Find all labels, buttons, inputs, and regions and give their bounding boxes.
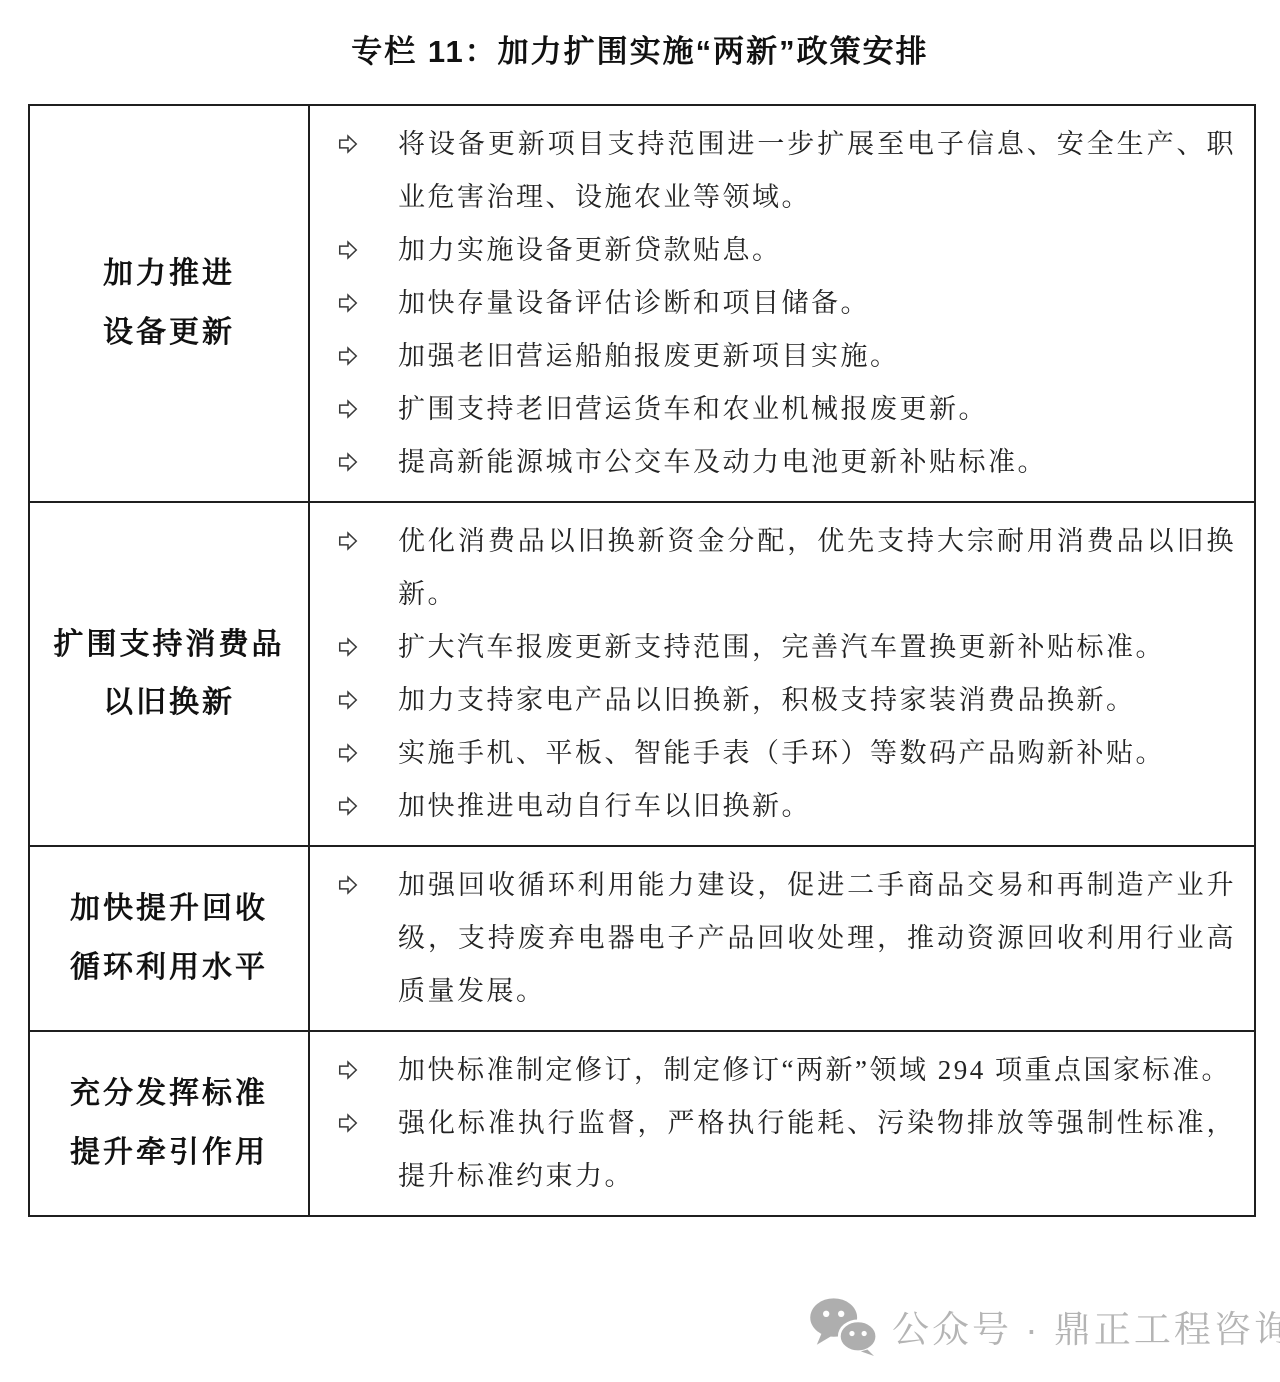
list-item-text: 强化标准执行监督，严格执行能耗、污染物排放等强制性标准，提升标准约束力。	[398, 1097, 1236, 1203]
arrow-bullet-icon	[336, 1044, 398, 1086]
arrow-bullet-icon	[336, 224, 398, 266]
list-item-text: 扩围支持老旧营运货车和农业机械报废更新。	[398, 383, 1236, 436]
arrow-bullet-icon	[336, 674, 398, 716]
document-page: 专栏 11：加力扩围实施“两新”政策安排 加力推进设备更新 将设备更新项目支持范…	[0, 26, 1280, 71]
row-header-line: 设备更新	[34, 304, 304, 363]
list-item: 提高新能源城市公交车及动力电池更新补贴标准。	[336, 436, 1236, 489]
row-content: 加快标准制定修订，制定修订“两新”领域 294 项重点国家标准。 强化标准执行监…	[309, 1031, 1255, 1216]
list-item: 扩大汽车报废更新支持范围，完善汽车置换更新补贴标准。	[336, 621, 1236, 674]
arrow-bullet-icon	[336, 330, 398, 372]
row-content: 加强回收循环利用能力建设，促进二手商品交易和再制造产业升级，支持废弃电器电子产品…	[309, 846, 1255, 1031]
arrow-bullet-icon	[336, 118, 398, 160]
policy-table: 加力推进设备更新 将设备更新项目支持范围进一步扩展至电子信息、安全生产、职业危害…	[28, 104, 1256, 1217]
watermark-text: 公众号 · 鼎正工程咨询	[892, 1299, 1280, 1353]
arrow-bullet-icon	[336, 780, 398, 822]
row-header-line: 加力推进	[34, 245, 304, 304]
arrow-bullet-icon	[336, 621, 398, 663]
arrow-bullet-icon	[336, 859, 398, 901]
list-item-text: 将设备更新项目支持范围进一步扩展至电子信息、安全生产、职业危害治理、设施农业等领…	[398, 118, 1236, 224]
list-item: 加力实施设备更新贷款贴息。	[336, 224, 1236, 277]
list-item-text: 加快标准制定修订，制定修订“两新”领域 294 项重点国家标准。	[398, 1044, 1236, 1097]
list-item: 加快推进电动自行车以旧换新。	[336, 780, 1236, 833]
row-header-line: 循环利用水平	[34, 939, 304, 998]
list-item-text: 实施手机、平板、智能手表（手环）等数码产品购新补贴。	[398, 727, 1236, 780]
arrow-bullet-icon	[336, 383, 398, 425]
list-item-text: 加快推进电动自行车以旧换新。	[398, 780, 1236, 833]
list-item-text: 加强老旧营运船舶报废更新项目实施。	[398, 330, 1236, 383]
list-item: 将设备更新项目支持范围进一步扩展至电子信息、安全生产、职业危害治理、设施农业等领…	[336, 118, 1236, 224]
wechat-icon	[808, 1296, 880, 1356]
list-item: 加快标准制定修订，制定修订“两新”领域 294 项重点国家标准。	[336, 1044, 1236, 1097]
arrow-bullet-icon	[336, 436, 398, 478]
list-item: 实施手机、平板、智能手表（手环）等数码产品购新补贴。	[336, 727, 1236, 780]
list-item: 加强老旧营运船舶报废更新项目实施。	[336, 330, 1236, 383]
page-title: 专栏 11：加力扩围实施“两新”政策安排	[0, 26, 1280, 71]
row-header-line: 扩围支持消费品	[34, 616, 304, 675]
arrow-bullet-icon	[336, 515, 398, 557]
row-header-line: 提升牵引作用	[34, 1124, 304, 1183]
list-item-text: 加强回收循环利用能力建设，促进二手商品交易和再制造产业升级，支持废弃电器电子产品…	[398, 859, 1236, 1018]
arrow-bullet-icon	[336, 1097, 398, 1139]
table-row: 加力推进设备更新 将设备更新项目支持范围进一步扩展至电子信息、安全生产、职业危害…	[29, 105, 1255, 502]
list-item: 加力支持家电产品以旧换新，积极支持家装消费品换新。	[336, 674, 1236, 727]
list-item: 加快存量设备评估诊断和项目储备。	[336, 277, 1236, 330]
list-item-text: 加力支持家电产品以旧换新，积极支持家装消费品换新。	[398, 674, 1236, 727]
list-item-text: 优化消费品以旧换新资金分配，优先支持大宗耐用消费品以旧换新。	[398, 515, 1236, 621]
list-item: 优化消费品以旧换新资金分配，优先支持大宗耐用消费品以旧换新。	[336, 515, 1236, 621]
arrow-bullet-icon	[336, 277, 398, 319]
list-item-text: 加快存量设备评估诊断和项目储备。	[398, 277, 1236, 330]
row-content: 将设备更新项目支持范围进一步扩展至电子信息、安全生产、职业危害治理、设施农业等领…	[309, 105, 1255, 502]
list-item: 扩围支持老旧营运货车和农业机械报废更新。	[336, 383, 1236, 436]
table-body: 加力推进设备更新 将设备更新项目支持范围进一步扩展至电子信息、安全生产、职业危害…	[29, 105, 1255, 1216]
row-header: 加力推进设备更新	[29, 105, 309, 502]
row-content: 优化消费品以旧换新资金分配，优先支持大宗耐用消费品以旧换新。 扩大汽车报废更新支…	[309, 502, 1255, 846]
row-header-line: 以旧换新	[34, 674, 304, 733]
table-row: 充分发挥标准提升牵引作用 加快标准制定修订，制定修订“两新”领域 294 项重点…	[29, 1031, 1255, 1216]
list-item-text: 提高新能源城市公交车及动力电池更新补贴标准。	[398, 436, 1236, 489]
list-item-text: 加力实施设备更新贷款贴息。	[398, 224, 1236, 277]
list-item: 强化标准执行监督，严格执行能耗、污染物排放等强制性标准，提升标准约束力。	[336, 1097, 1236, 1203]
row-header: 加快提升回收循环利用水平	[29, 846, 309, 1031]
row-header: 充分发挥标准提升牵引作用	[29, 1031, 309, 1216]
list-item: 加强回收循环利用能力建设，促进二手商品交易和再制造产业升级，支持废弃电器电子产品…	[336, 859, 1236, 1018]
table-row: 加快提升回收循环利用水平 加强回收循环利用能力建设，促进二手商品交易和再制造产业…	[29, 846, 1255, 1031]
row-header: 扩围支持消费品以旧换新	[29, 502, 309, 846]
row-header-line: 充分发挥标准	[34, 1065, 304, 1124]
watermark: 公众号 · 鼎正工程咨询	[808, 1294, 1280, 1358]
list-item-text: 扩大汽车报废更新支持范围，完善汽车置换更新补贴标准。	[398, 621, 1236, 674]
row-header-line: 加快提升回收	[34, 880, 304, 939]
arrow-bullet-icon	[336, 727, 398, 769]
table-row: 扩围支持消费品以旧换新 优化消费品以旧换新资金分配，优先支持大宗耐用消费品以旧换…	[29, 502, 1255, 846]
